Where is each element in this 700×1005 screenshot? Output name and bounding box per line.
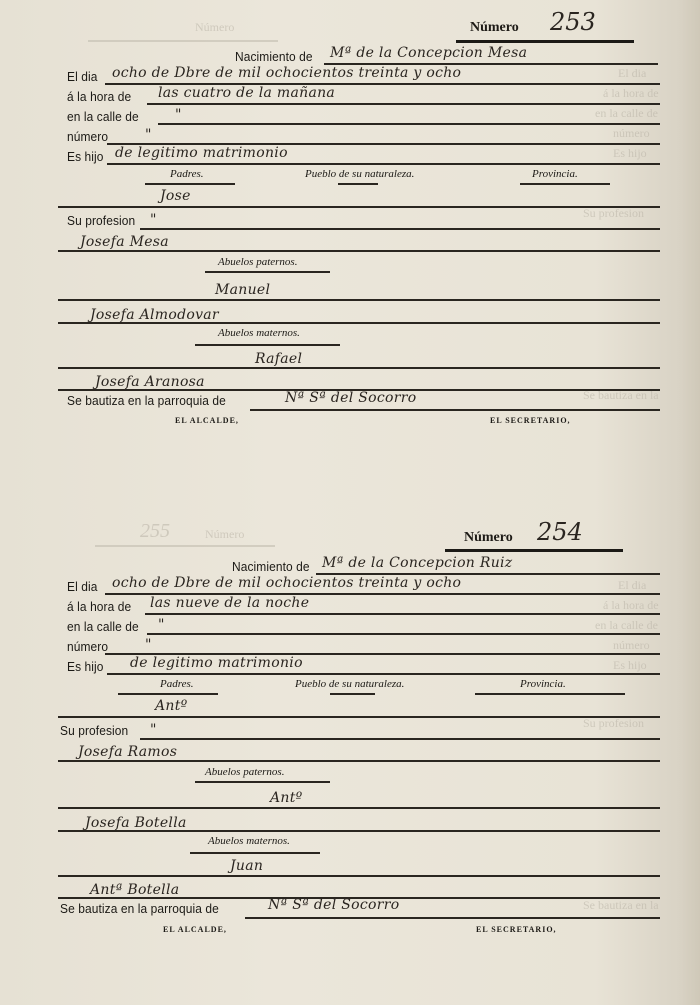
- abuelos-paternos-rule: [195, 781, 330, 783]
- ghost-number: 255: [140, 520, 170, 543]
- abuelos-paternos-label: Abuelos paternos.: [205, 766, 284, 778]
- secretario-label: EL SECRETARIO,: [476, 925, 557, 934]
- numero-rule: [445, 549, 623, 552]
- abuelo-materno-line1: Antº: [270, 790, 303, 806]
- extra-line2: Antª Botella: [90, 882, 179, 898]
- ghost-right-label: Su profesion: [583, 716, 644, 731]
- es-hijo-value: de legitimo matrimonio: [130, 655, 303, 671]
- profesion-value: ": [150, 722, 157, 738]
- extra-line1: Juan: [230, 858, 263, 874]
- bautiza-rule: [245, 917, 660, 919]
- madre-rule: [58, 760, 660, 762]
- extra-rule1: [58, 875, 660, 877]
- ghost-right-label: El dia: [618, 578, 646, 593]
- ghost-rule: [95, 545, 275, 547]
- numero-field-label: número: [67, 639, 108, 654]
- abuelo-materno-rule2: [58, 830, 660, 832]
- profesion-label: Su profesion: [60, 723, 128, 738]
- alcalde-label: EL ALCALDE,: [163, 925, 227, 934]
- hora-label: á la hora de: [67, 599, 131, 614]
- calle-value: ": [158, 617, 165, 633]
- caption-provincia: Provincia.: [520, 678, 566, 690]
- numero-value: 254: [537, 518, 583, 546]
- caption-padres: Padres.: [160, 678, 194, 690]
- hora-value: las nueve de la noche: [150, 595, 309, 611]
- ghost-numero: Número: [205, 527, 244, 542]
- numero-label: Número: [464, 530, 513, 546]
- abuelo-materno-line2: Josefa Botella: [85, 815, 187, 831]
- abuelos-maternos-rule: [190, 852, 320, 854]
- es-hijo-label: Es hijo: [67, 659, 104, 674]
- numero-field-value: ": [145, 637, 152, 653]
- hora-rule: [145, 613, 660, 615]
- bautiza-label: Se bautiza en la parroquia de: [60, 901, 219, 916]
- bautiza-value: Nª Sª del Socorro: [268, 897, 399, 913]
- ghost-right-label: Es hijo: [613, 658, 647, 673]
- caption-pueblo-rule: [330, 693, 375, 695]
- caption-padres-rule: [118, 693, 218, 695]
- profesion-rule: [140, 738, 660, 740]
- abuelo-materno-rule1: [58, 807, 660, 809]
- calle-rule: [147, 633, 660, 635]
- caption-pueblo: Pueblo de su naturaleza.: [295, 678, 404, 690]
- el-dia-label: El dia: [67, 579, 97, 594]
- padre-rule: [58, 716, 660, 718]
- ghost-right-label: en la calle de: [595, 618, 658, 633]
- nacimiento-label: Nacimiento de: [232, 559, 310, 574]
- caption-provincia-rule: [475, 693, 625, 695]
- padre-value: Antº: [155, 698, 188, 714]
- record-254: Número 255 El dia á la hora de en la cal…: [0, 0, 700, 1005]
- madre-value: Josefa Ramos: [78, 744, 177, 760]
- calle-label: en la calle de: [67, 619, 139, 634]
- nacimiento-value: Mª de la Concepcion Ruiz: [322, 555, 512, 571]
- ghost-right-label: número: [613, 638, 650, 653]
- ghost-right-label: Se bautiza en la: [583, 898, 659, 913]
- abuelos-maternos-label: Abuelos maternos.: [208, 835, 290, 847]
- el-dia-value: ocho de Dbre de mil ochocientos treinta …: [112, 575, 461, 591]
- es-hijo-rule: [107, 673, 660, 675]
- ghost-right-label: á la hora de: [603, 598, 659, 613]
